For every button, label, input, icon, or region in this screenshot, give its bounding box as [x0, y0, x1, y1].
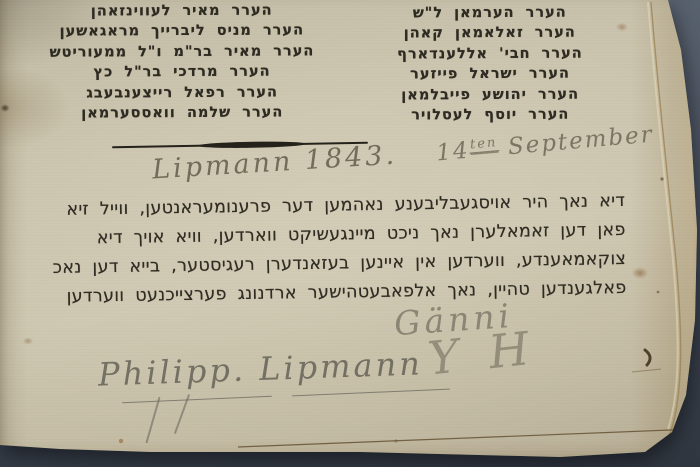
printed-border-tick — [632, 369, 661, 372]
right-names-column: הערר הערמאן ל"ש הערר זאלאמאן קאהן הערר ח… — [352, 2, 629, 126]
name-line: הערר מניס ליברייך מראגאשען — [8, 20, 356, 42]
signature-flourish-monogram: Y H — [425, 320, 539, 385]
name-line: הערר מרדכי בר"ל כץ — [8, 61, 356, 83]
name-line: הערר הערמאן ל"ש — [352, 2, 628, 24]
document-page-wrapper: הערר הערמאן ל"ש הערר זאלאמאן קאהן הערר ח… — [0, 0, 700, 467]
signature-descender-stroke — [145, 397, 160, 444]
paper-speck — [660, 177, 663, 180]
name-line: הערר מאיר בר"מ ו"ל ממעוריטש — [8, 41, 356, 63]
name-line: הערר ישראל פייזער — [352, 63, 628, 85]
date-day: 14 — [435, 138, 470, 167]
ink-blot — [645, 350, 650, 365]
page-fold-crease — [640, 2, 681, 456]
printed-border-line — [238, 429, 696, 447]
name-line: הערר זאלאמאן קאהן — [352, 23, 628, 45]
left-names-column: הערר מאיר לעווינזאהן הערר מניס ליברייך מ… — [8, 0, 357, 124]
signature-underline — [122, 396, 272, 404]
document-page: הערר הערמאן ל"ש הערר זאלאמאן קאהן הערר ח… — [0, 0, 700, 467]
name-line: הערר רפאל רייצענבעבג — [8, 82, 356, 104]
page-edge-highlight — [648, 2, 678, 429]
paper-speck — [657, 291, 660, 294]
name-line: הערר שלמה וואססערמאן — [8, 102, 356, 124]
name-line: הערר מאיר לעווינזאהן — [8, 0, 356, 22]
handwritten-date: 14ten September — [435, 122, 654, 167]
signature-underline — [292, 389, 450, 397]
name-line: הערר חבי' אללענדארף — [352, 43, 628, 65]
date-day-suffix: ten — [468, 135, 499, 153]
name-line: הערר יהושע פייבלמאן — [352, 84, 628, 106]
photo-backdrop: הערר הערמאן ל"ש הערר זאלאמאן קאהן הערר ח… — [0, 0, 700, 467]
body-paragraph: דיא נאך היר אויסגעבליבענע נאהמען דער פרע… — [0, 187, 627, 317]
name-line: הערר יוסף לעסלויר — [352, 104, 628, 126]
signature-philipp-lipmann: Philipp. Lipmann — [97, 344, 423, 393]
date-month: September — [507, 122, 655, 161]
paper-stain — [119, 439, 123, 443]
paper-stain — [394, 439, 397, 442]
